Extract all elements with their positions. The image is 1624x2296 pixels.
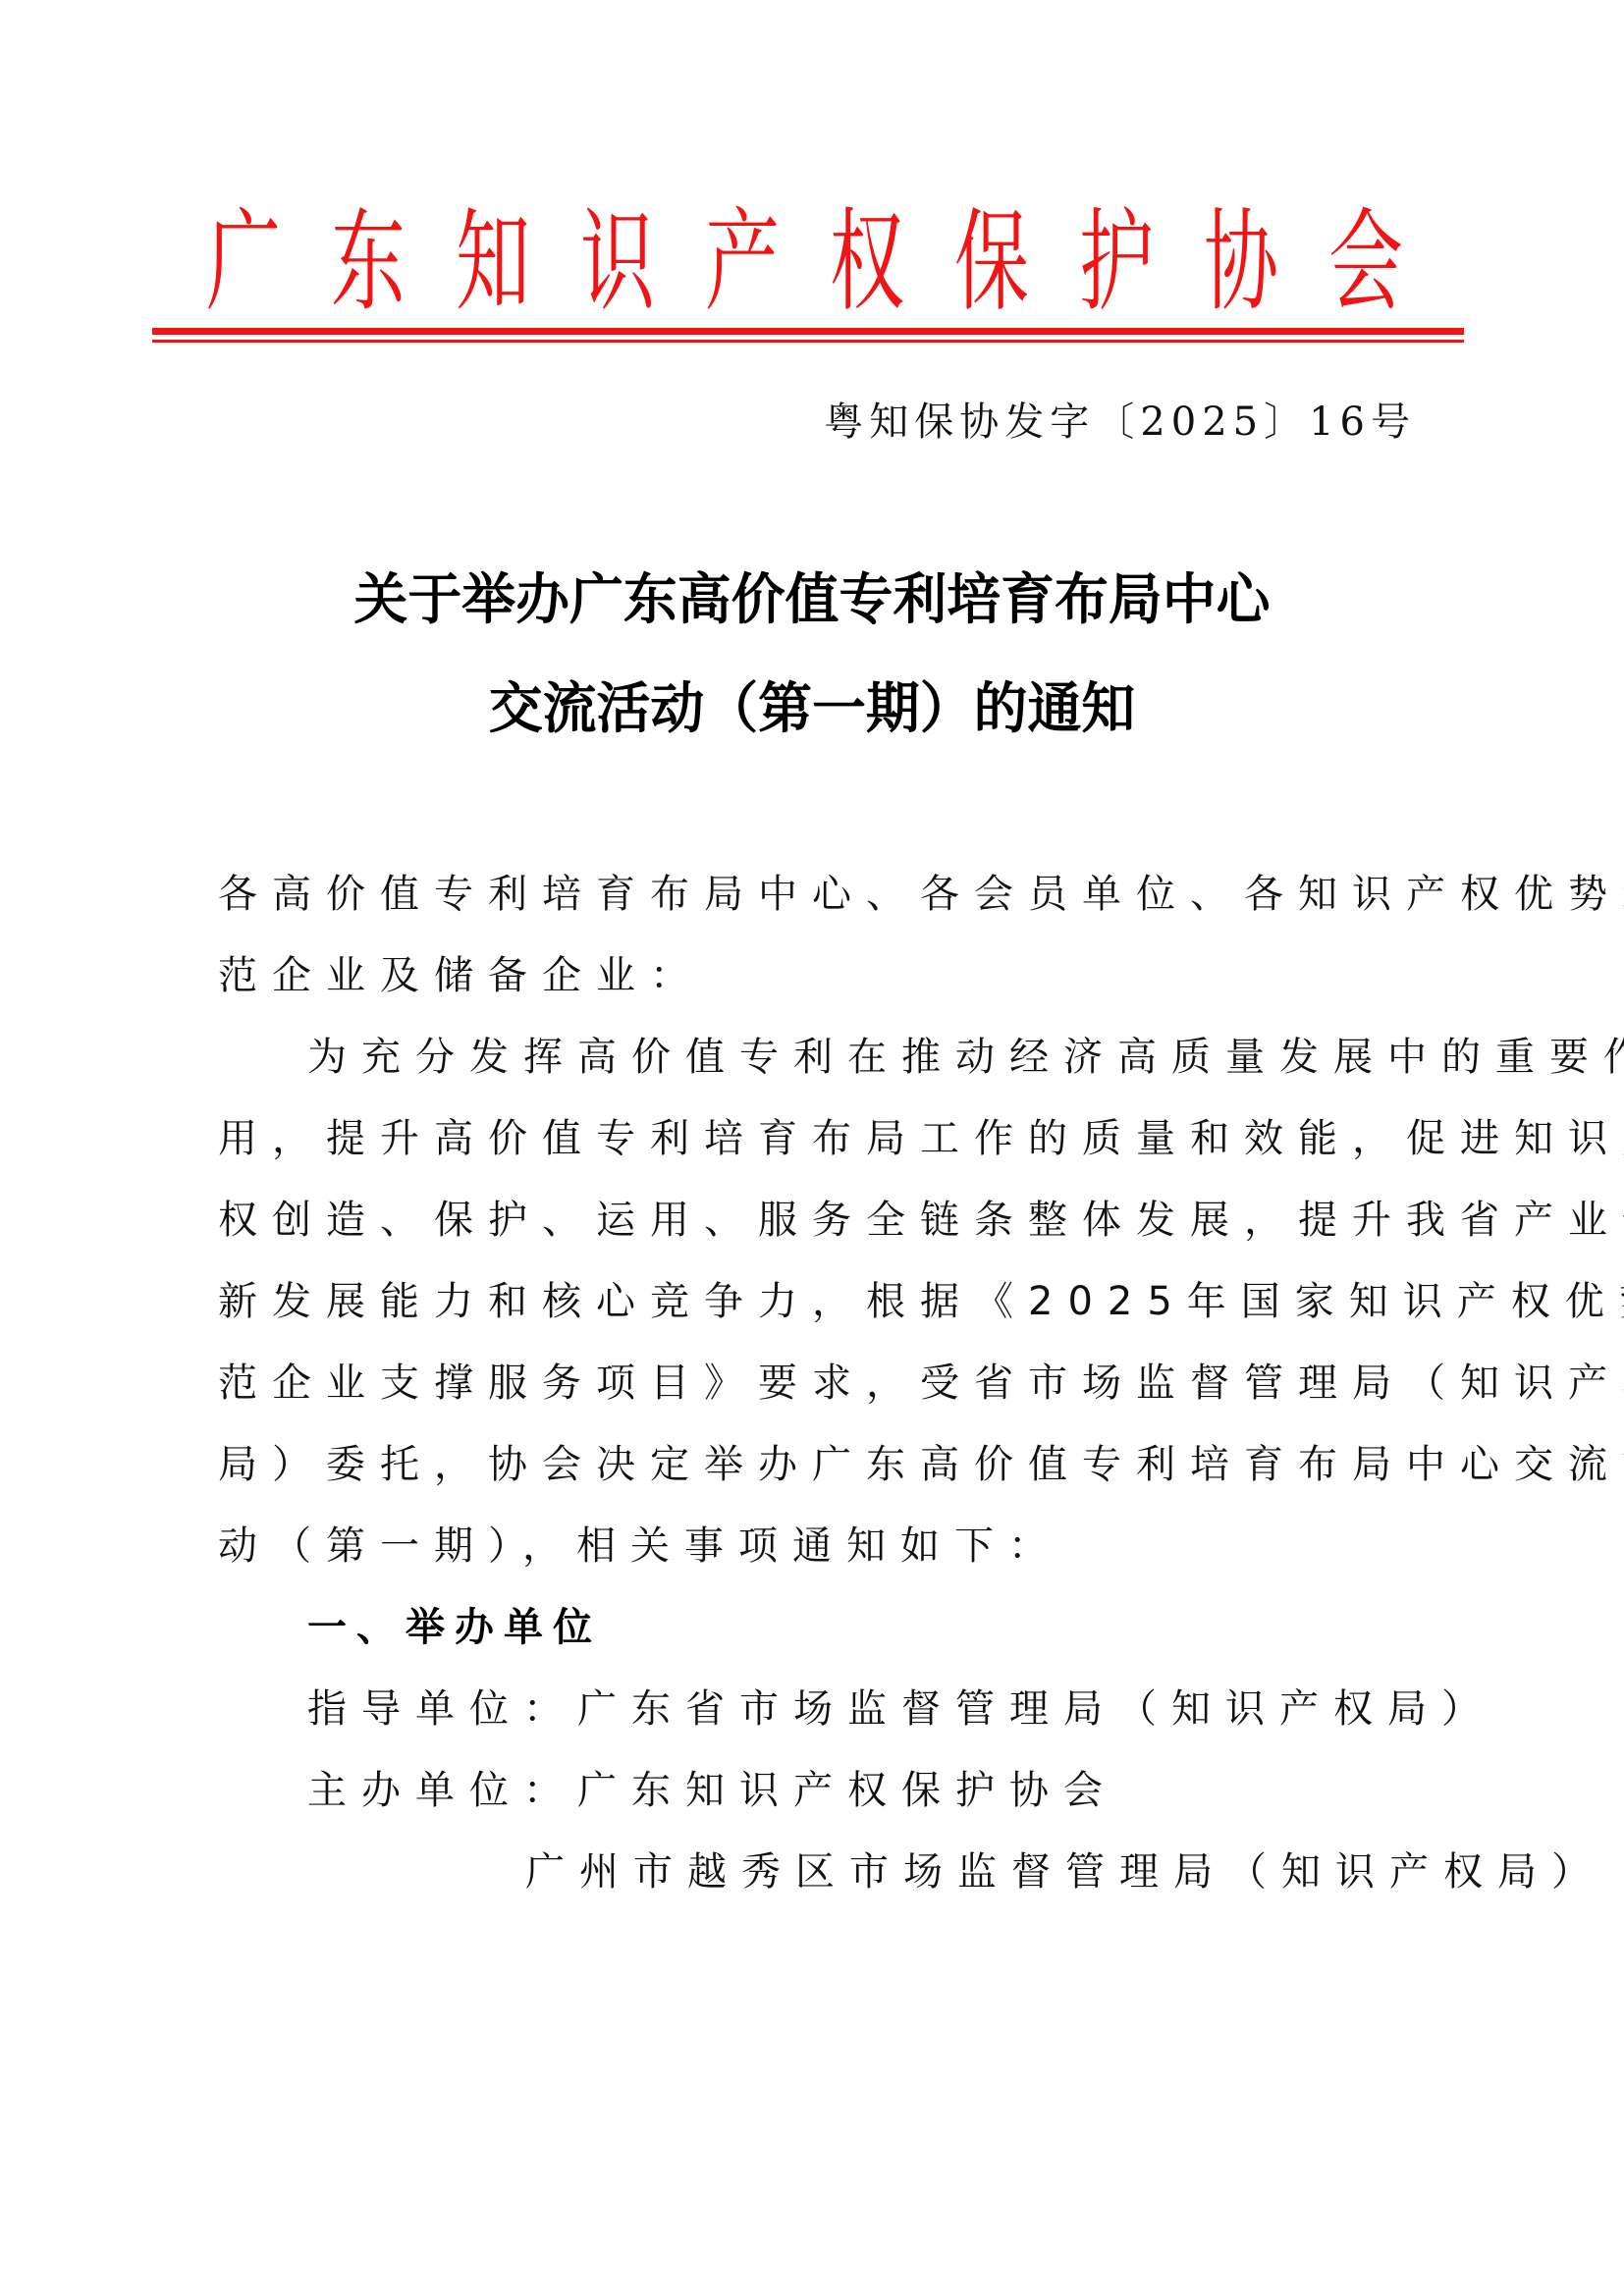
item-label: 主办单位：	[307, 1768, 577, 1813]
letterhead-org-name: 广东知识产权保护协会	[206, 204, 1453, 320]
paragraph-line: 局）委托，协会决定举办广东高价值专利培育布局中心交流活	[218, 1424, 1426, 1506]
section-item-host-unit-2: 广州市越秀区市场监督管理局（知识产权局）	[218, 1832, 1426, 1913]
paragraph-1: 为充分发挥高价值专利在推动经济高质量发展中的重要作 用，提升高价值专利培育布局工…	[218, 1017, 1426, 1587]
title-line-2: 交流活动（第一期）的通知	[17, 655, 1608, 764]
item-value: 广东知识产权保护协会	[577, 1768, 1117, 1813]
section-1: 一、举办单位 指导单位：广东省市场监督管理局（知识产权局） 主办单位：广东知识产…	[218, 1587, 1426, 1913]
item-label: 指导单位：	[307, 1686, 577, 1732]
letterhead-rule-thick	[152, 328, 1464, 335]
paragraph-line: 用，提升高价值专利培育布局工作的质量和效能，促进知识产	[218, 1098, 1426, 1180]
title-line-1: 关于举办广东高价值专利培育布局中心	[17, 546, 1608, 655]
document-title: 关于举办广东高价值专利培育布局中心 交流活动（第一期）的通知	[0, 546, 1624, 764]
paragraph-line: 为充分发挥高价值专利在推动经济高质量发展中的重要作	[218, 1017, 1426, 1098]
paragraph-line: 权创造、保护、运用、服务全链条整体发展，提升我省产业创	[218, 1180, 1426, 1261]
salutation-line-1: 各高价值专利培育布局中心、各会员单位、各知识产权优势示	[218, 854, 1426, 935]
salutation: 各高价值专利培育布局中心、各会员单位、各知识产权优势示 范企业及储备企业：	[218, 854, 1426, 1017]
document-body: 各高价值专利培育布局中心、各会员单位、各知识产权优势示 范企业及储备企业： 为充…	[218, 854, 1426, 1913]
salutation-line-2: 范企业及储备企业：	[218, 935, 1426, 1017]
paragraph-line: 动（第一期），相关事项通知如下：	[218, 1506, 1426, 1587]
document-page: 广东知识产权保护协会 粤知保协发字〔2025〕16号 关于举办广东高价值专利培育…	[0, 0, 1624, 2296]
paragraph-line: 新发展能力和核心竞争力，根据《2025年国家知识产权优势示	[218, 1261, 1426, 1343]
section-item-host-unit: 主办单位：广东知识产权保护协会	[218, 1750, 1426, 1832]
section-item-guiding-unit: 指导单位：广东省市场监督管理局（知识产权局）	[218, 1669, 1426, 1750]
item-value: 广东省市场监督管理局（知识产权局）	[577, 1686, 1495, 1732]
document-number: 粤知保协发字〔2025〕16号	[824, 397, 1416, 448]
item-value: 广州市越秀区市场监督管理局（知识产权局）	[525, 1849, 1605, 1895]
section-heading: 一、举办单位	[218, 1587, 1426, 1669]
letterhead-rule-thin	[152, 340, 1464, 343]
paragraph-line: 范企业支撑服务项目》要求，受省市场监督管理局（知识产权	[218, 1343, 1426, 1424]
